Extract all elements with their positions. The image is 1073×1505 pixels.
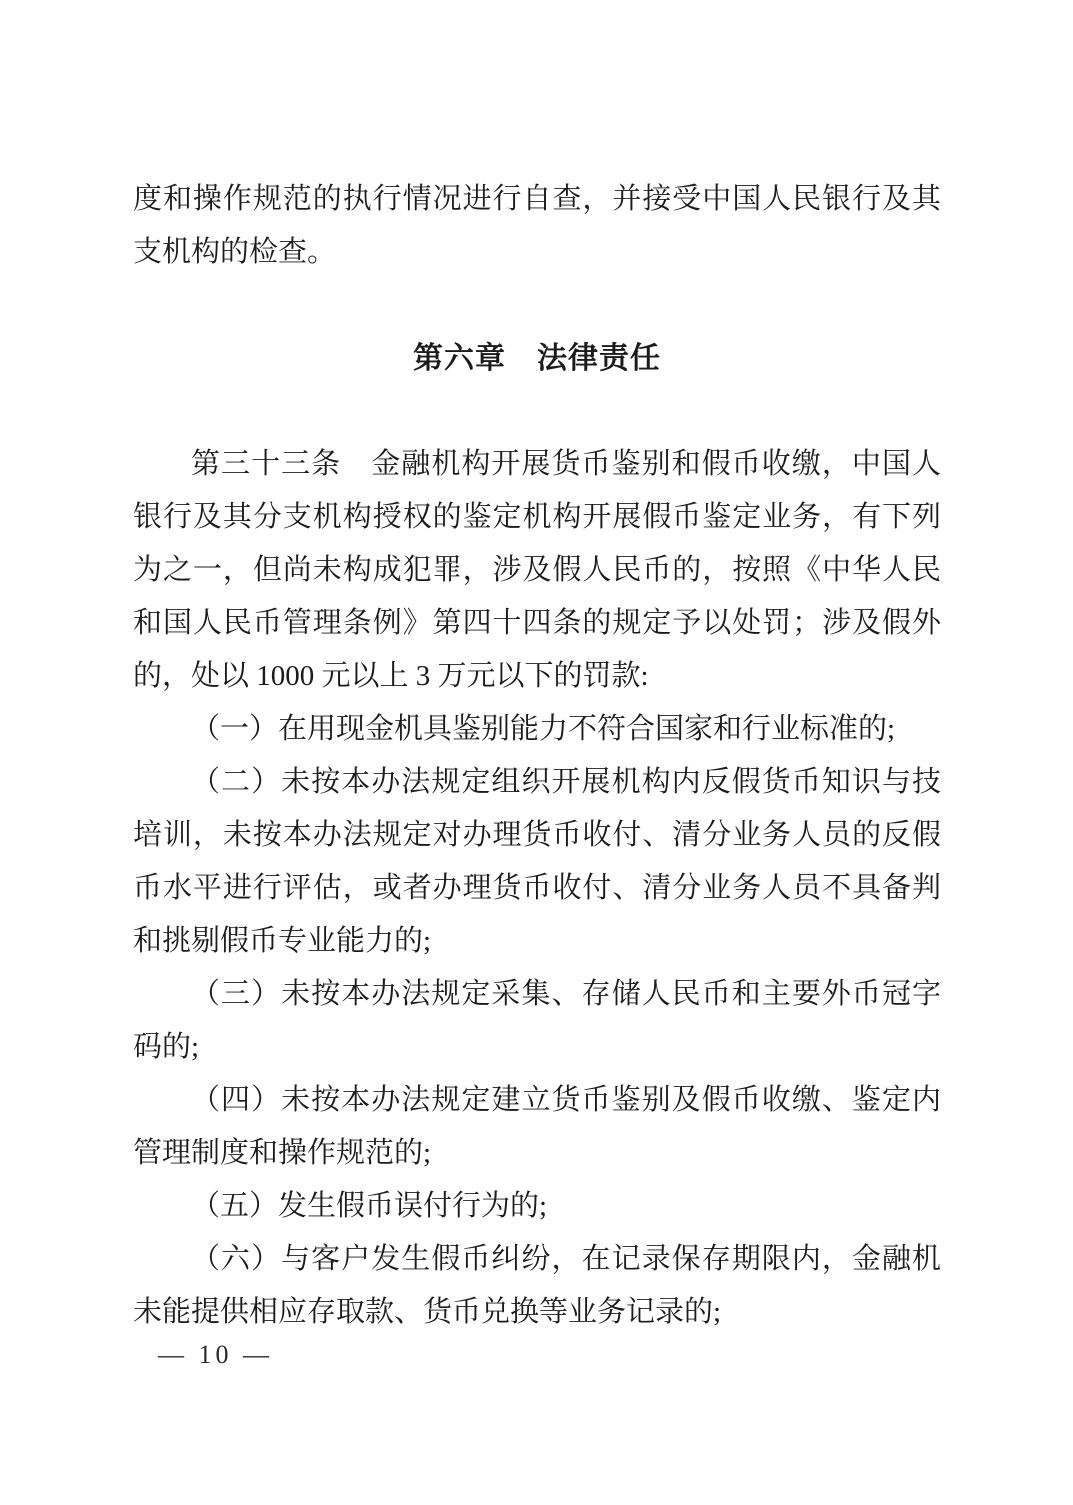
text-line: 币水平进行评估，或者办理货币收付、清分业务人员不具备判断 [133, 862, 941, 915]
text-line: （三）未按本办法规定采集、存储人民币和主要外币冠字号 [133, 968, 941, 1021]
text-line: （二）未按本办法规定组织开展机构内反假货币知识与技能 [133, 756, 941, 809]
text-line: 培训，未按本办法规定对办理货币收付、清分业务人员的反假货 [133, 809, 941, 862]
text-line: 第三十三条 金融机构开展货币鉴别和假币收缴，中国人民 [133, 438, 941, 491]
text-line: （五）发生假币误付行为的; [133, 1180, 941, 1233]
text-line: （一）在用现金机具鉴别能力不符合国家和行业标准的; [133, 703, 941, 756]
chapter-heading: 第六章 法律责任 [133, 332, 941, 385]
text-line: 码的; [133, 1021, 941, 1074]
text-line: 为之一，但尚未构成犯罪，涉及假人民币的，按照《中华人民共 [133, 544, 941, 597]
document-content: 度和操作规范的执行情况进行自查，并接受中国人民银行及其分 支机构的检查。 第六章… [133, 173, 941, 1339]
text-line: 银行及其分支机构授权的鉴定机构开展假币鉴定业务，有下列行 [133, 491, 941, 544]
text-line: 未能提供相应存取款、货币兑换等业务记录的; [133, 1286, 941, 1339]
text-line: 支机构的检查。 [133, 226, 941, 279]
document-page: 度和操作规范的执行情况进行自查，并接受中国人民银行及其分 支机构的检查。 第六章… [0, 0, 1073, 1505]
text-line: 的，处以 1000 元以上 3 万元以下的罚款: [133, 650, 941, 703]
text-line: （四）未按本办法规定建立货币鉴别及假币收缴、鉴定内部 [133, 1074, 941, 1127]
text-line: 和国人民币管理条例》第四十四条的规定予以处罚；涉及假外币 [133, 597, 941, 650]
text-line: （六）与客户发生假币纠纷，在记录保存期限内，金融机构 [133, 1233, 941, 1286]
text-line: 管理制度和操作规范的; [133, 1127, 941, 1180]
page-number: — 10 — [158, 1335, 273, 1375]
text-line: 度和操作规范的执行情况进行自查，并接受中国人民银行及其分 [133, 173, 941, 226]
text-line: 和挑剔假币专业能力的; [133, 915, 941, 968]
